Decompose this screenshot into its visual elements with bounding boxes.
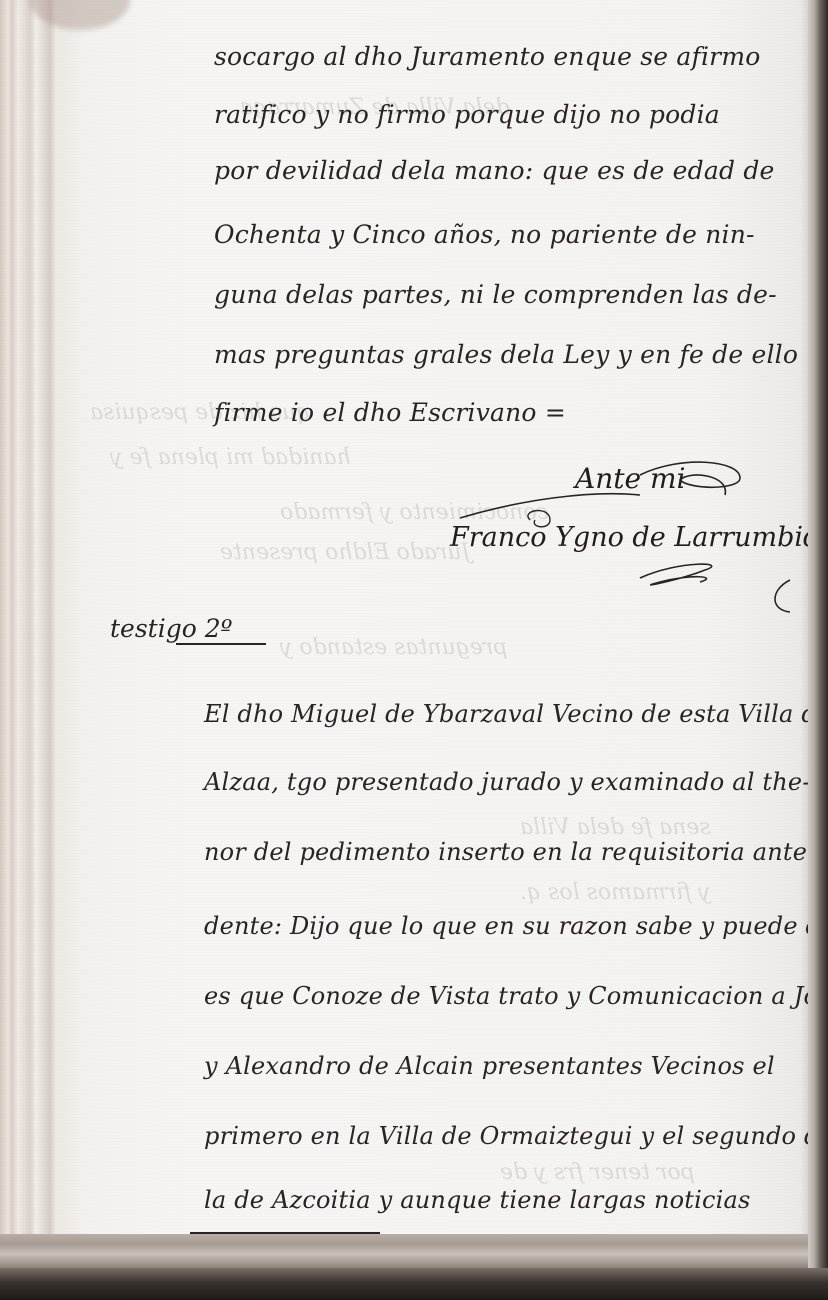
manuscript-line: la de Azcoitia y aunque tiene largas not… (204, 1186, 751, 1214)
book-spine-edge (808, 0, 828, 1300)
manuscript-line: y Alexandro de Alcain presentantes Vecin… (204, 1052, 775, 1080)
bleed-through-text: hanidad mi plena fe y (110, 445, 351, 470)
signature-flourish-icon (440, 450, 800, 620)
bleed-through-text: por tener frs y de (500, 1160, 695, 1185)
page-bottom-edge (0, 1234, 808, 1268)
scan-background-bottom (0, 1268, 828, 1300)
manuscript-line: primero en la Villa de Ormaiztegui y el … (204, 1122, 808, 1150)
manuscript-line: es que Conoze de Vista trato y Comunicac… (204, 982, 808, 1010)
manuscript-line: mas preguntas grales dela Ley y en fe de… (214, 340, 798, 369)
bleed-through-text: sena fe dela Villa (520, 815, 711, 840)
manuscript-line: por devilidad dela mano: que es de edad … (214, 156, 775, 185)
manuscript-line: guna delas partes, ni le comprenden las … (214, 280, 777, 309)
bleed-through-text: y firmamos los q. (520, 880, 711, 905)
bleed-through-text: Jurado Eldho presente (220, 540, 471, 565)
section-heading-testigo-2: testigo 2º (110, 614, 232, 643)
manuscript-line: nor del pedimento inserto en la requisit… (204, 838, 808, 866)
manuscript-line: dente: Dijo que lo que en su razon sabe … (204, 912, 808, 940)
heading-underline (176, 643, 266, 645)
page-left-edge-folds (0, 0, 58, 1268)
manuscript-line: ratifico y no firmo porque dijo no podia (214, 100, 720, 129)
manuscript-line: socargo al dho Juramento enque se afirmo (214, 42, 761, 71)
manuscript-line: Alzaa, tgo presentado jurado y examinado… (204, 768, 808, 796)
manuscript-line: firme io el dho Escrivano = (214, 398, 566, 427)
bleed-through-text: preguntas estando y (280, 635, 507, 660)
manuscript-page: dela Villa de Zumarraga que hiz de pesqu… (0, 0, 808, 1268)
manuscript-line: Ochenta y Cinco años, no pariente de nin… (214, 220, 755, 249)
manuscript-line: El dho Miguel de Ybarzaval Vecino de est… (204, 700, 808, 728)
